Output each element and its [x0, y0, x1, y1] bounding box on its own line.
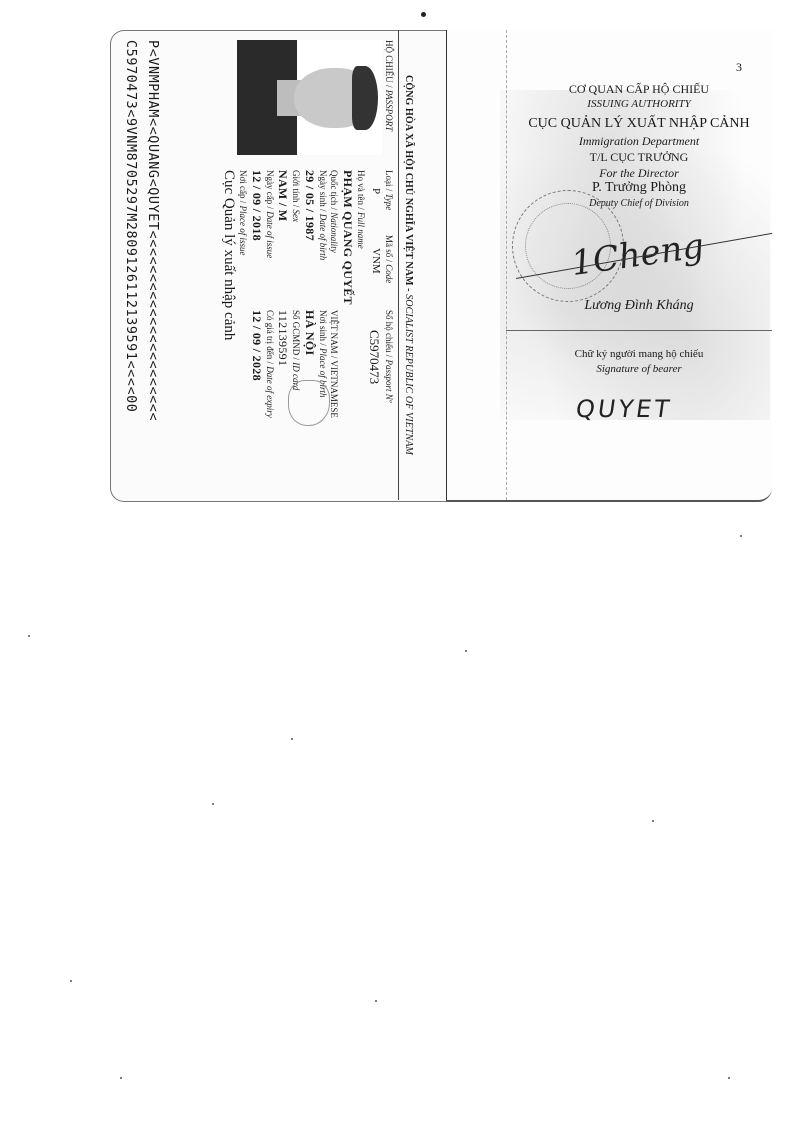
passport-scan: CỘNG HÒA XÃ HỘI CHỦ NGHĨA VIỆT NAM - SOC…	[110, 30, 772, 500]
header-divider	[398, 30, 399, 500]
issuing-authority-vi: CƠ QUAN CẤP HỘ CHIẾU	[506, 82, 772, 97]
scan-speck	[740, 535, 742, 537]
page-number: 3	[736, 60, 742, 75]
id-card-value: 112139591	[275, 310, 290, 366]
passport-no-label-vi: Số hộ chiếu	[384, 310, 394, 353]
nationality-label-en: Nationality	[329, 212, 339, 253]
dob-label: Ngày sinh / Date of birth	[318, 170, 328, 260]
scan-speck	[120, 1077, 122, 1079]
scan-speck	[375, 1000, 377, 1002]
type-label-en: Type	[384, 194, 394, 211]
country-header: CỘNG HÒA XÃ HỘI CHỦ NGHĨA VIỆT NAM - SOC…	[403, 40, 414, 490]
place-of-birth-value: HÀ NỘI	[302, 310, 317, 355]
place-of-issue-label-en: Place of issue	[238, 206, 248, 256]
scan-speck	[70, 980, 72, 982]
country-vi: CỘNG HÒA XÃ HỘI CHỦ NGHĨA VIỆT NAM	[403, 75, 414, 286]
separator: -	[403, 286, 414, 295]
type-label: Loại / Type	[384, 170, 394, 210]
passport-no-label-en: Passport Nº	[384, 360, 394, 403]
code-label: Mã số / Code	[384, 235, 394, 283]
sex-label: Giới tính / Sex	[291, 170, 301, 222]
country-en: SOCIALIST REPUBLIC OF VIETNAM	[403, 294, 414, 455]
code-label-en: Code	[384, 264, 394, 283]
passport-data-page: CỘNG HÒA XÃ HỘI CHỦ NGHĨA VIỆT NAM - SOC…	[108, 30, 418, 500]
sex-label-vi: Giới tính	[291, 170, 301, 203]
expiry-date-label-en: Date of expiry	[265, 366, 275, 417]
scan-speck	[291, 738, 293, 740]
scan-speck	[465, 650, 467, 652]
photo-hair	[352, 66, 378, 130]
dob-label-en: Date of birth	[318, 214, 328, 261]
expiry-date-value: 12 / 09 / 2028	[249, 310, 264, 381]
issue-date-label: Ngày cấp / Date of issue	[265, 170, 275, 258]
full-name-label-en: Full name	[356, 212, 366, 249]
dob-label-vi: Ngày sinh	[318, 170, 328, 207]
section-divider	[506, 330, 772, 331]
sex-value: NAM / M	[275, 170, 290, 221]
full-name-label-vi: Họ và tên	[356, 170, 366, 205]
mrz-line-2: C5970473<9VNM8705297M2809126112139591<<<…	[123, 40, 138, 412]
mrz-line-1: P<VNMPHAM<<QUANG<QUYET<<<<<<<<<<<<<<<<<<…	[145, 40, 160, 421]
doc-label-vi: HỘ CHIẾU	[384, 40, 394, 83]
full-name-label: Họ và tên / Full name	[356, 170, 366, 249]
code-value: VNM	[370, 248, 382, 274]
scan-speck	[28, 635, 30, 637]
scan-speck	[212, 803, 214, 805]
code-label-vi: Mã số	[384, 235, 394, 257]
type-value: P	[370, 188, 382, 194]
passport-no-label: Số hộ chiếu / Passport Nº	[384, 310, 394, 403]
place-of-issue-value: Cục Quản lý xuất nhập cảnh	[220, 170, 237, 340]
issue-date-label-en: Date of issue	[265, 211, 275, 258]
passport-no-value: C5970473	[366, 330, 382, 384]
issue-date-value: 12 / 09 / 2018	[249, 170, 264, 241]
bearer-signature: QUYET	[574, 395, 674, 423]
bearer-signature-label-en: Signature of bearer	[506, 363, 772, 375]
scan-speck	[728, 1077, 730, 1079]
for-director-vi: T/L CỤC TRƯỞNG	[506, 150, 772, 165]
id-card-label: Số GCMND / ID card	[291, 310, 301, 390]
pob-label-vi: Nơi sinh	[318, 310, 328, 341]
sex-label-en: Sex	[291, 210, 301, 223]
bearer-photo	[237, 40, 382, 155]
signatory-name: Lương Đình Kháng	[506, 298, 772, 314]
for-director-en: For the Director	[506, 166, 772, 181]
bearer-signature-label-vi: Chữ ký người mang hộ chiếu	[506, 348, 772, 360]
doc-label-en: PASSPORT	[384, 90, 394, 131]
place-of-issue-label-vi: Nơi cấp	[238, 170, 248, 199]
department-en: Immigration Department	[506, 134, 772, 149]
issuing-authority-en: ISSUING AUTHORITY	[506, 98, 772, 110]
page-border	[446, 30, 447, 500]
nationality-label-vi: Quốc tịch	[329, 170, 339, 205]
dob-value: 29 / 05 / 1987	[302, 170, 317, 241]
full-name-value: PHẠM QUANG QUYẾT	[340, 170, 355, 305]
expiry-date-label: Có giá trị đến / Date of expiry	[265, 310, 275, 418]
nationality-value: VIỆT NAM / VIETNAMESE	[329, 310, 339, 418]
id-card-label-vi: Số GCMND	[291, 310, 301, 355]
issue-date-label-vi: Ngày cấp	[265, 170, 275, 204]
scan-speck	[652, 820, 654, 822]
national-emblem-watermark-icon	[288, 380, 330, 426]
authority-page: 3 CƠ QUAN CẤP HỘ CHIẾU ISSUING AUTHORITY…	[506, 30, 772, 500]
expiry-date-label-vi: Có giá trị đến	[265, 310, 275, 359]
place-of-issue-label: Nơi cấp / Place of issue	[238, 170, 248, 256]
nationality-label: Quốc tịch / Nationality	[329, 170, 339, 253]
department-vi: CỤC QUẢN LÝ XUẤT NHẬP CẢNH	[506, 116, 772, 132]
scan-speck	[421, 12, 426, 17]
type-label-vi: Loại	[384, 170, 394, 187]
document-label: HỘ CHIẾU / PASSPORT	[384, 40, 394, 131]
